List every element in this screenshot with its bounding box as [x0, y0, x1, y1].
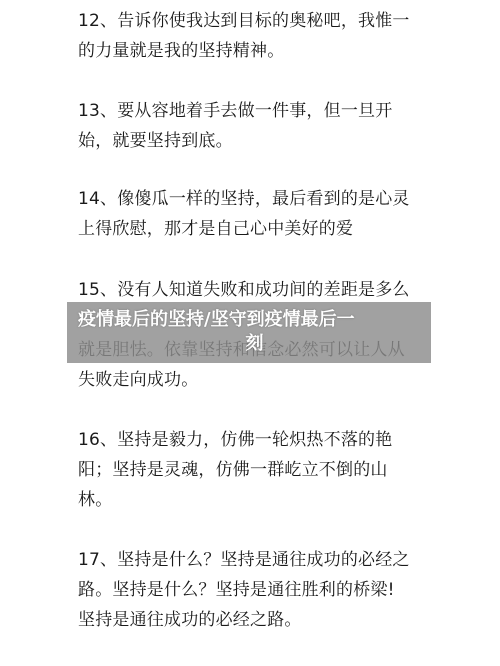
- paragraph-line: 13、要从容地着手去做一件事，但一旦开: [78, 96, 428, 126]
- paragraph-line: 上得欣慰，那才是自己心中美好的爱: [78, 214, 428, 244]
- paragraph-line: 始，就要坚持到底。: [78, 126, 428, 156]
- overlay-title-wrap: 刻: [78, 330, 431, 358]
- paragraph-12: 12、告诉你使我达到目标的奥秘吧，我惟一 的力量就是我的坚持精神。: [78, 6, 428, 66]
- paragraph-line: 14、像傻瓜一样的坚持，最后看到的是心灵: [78, 184, 428, 214]
- paragraph-line: 15、没有人知道失败和成功间的差距是多么: [78, 275, 428, 305]
- paragraph-line: 16、坚持是毅力，仿佛一轮炽热不落的艳: [78, 425, 428, 455]
- title-overlay-banner: 疫情最后的坚持/坚守到疫情最后一 刻: [67, 302, 431, 363]
- paragraph-line: 12、告诉你使我达到目标的奥秘吧，我惟一: [78, 6, 428, 36]
- paragraph-16: 16、坚持是毅力，仿佛一轮炽热不落的艳 阳；坚持是灵魂，仿佛一群屹立不倒的山 林…: [78, 425, 428, 515]
- paragraph-14: 14、像傻瓜一样的坚持，最后看到的是心灵 上得欣慰，那才是自己心中美好的爱: [78, 184, 428, 244]
- overlay-title: 疫情最后的坚持/坚守到疫情最后一 刻: [67, 306, 431, 358]
- paragraph-line: 林。: [78, 485, 428, 515]
- paragraph-line: 17、坚持是什么？坚持是通往成功的必经之: [78, 545, 428, 575]
- paragraph-line: 路。坚持是什么？坚持是通往胜利的桥梁!: [78, 575, 428, 605]
- paragraph-line: 坚持是通往成功的必经之路。: [78, 605, 428, 635]
- paragraph-line: 失败走向成功。: [78, 365, 428, 395]
- paragraph-17: 17、坚持是什么？坚持是通往成功的必经之 路。坚持是什么？坚持是通往胜利的桥梁!…: [78, 545, 428, 635]
- paragraph-line: 阳；坚持是灵魂，仿佛一群屹立不倒的山: [78, 455, 428, 485]
- overlay-title-main: 疫情最后的坚持/坚守到疫情最后一: [78, 309, 355, 330]
- paragraph-line: 的力量就是我的坚持精神。: [78, 36, 428, 66]
- paragraph-13: 13、要从容地着手去做一件事，但一旦开 始，就要坚持到底。: [78, 96, 428, 156]
